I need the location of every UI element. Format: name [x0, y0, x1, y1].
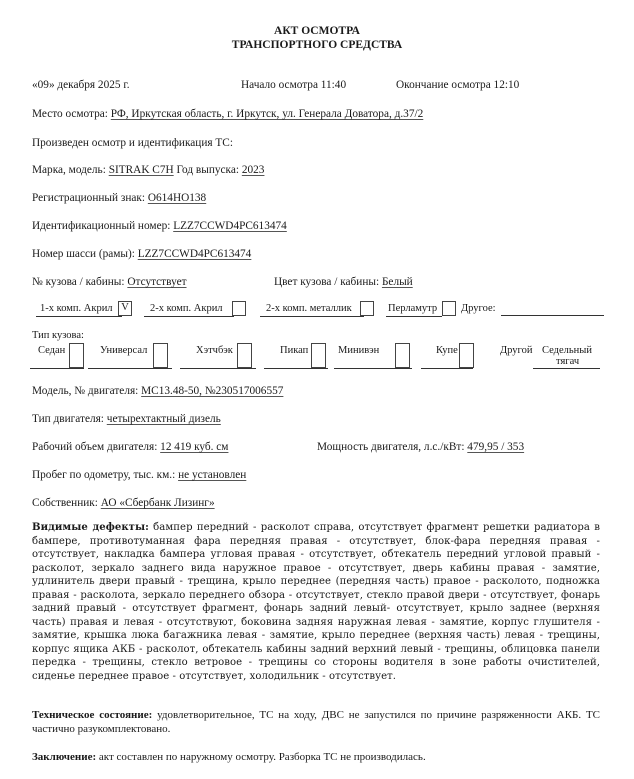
- body-type-sedan-label: Седан: [38, 345, 65, 357]
- body-color-row: Цвет кузова / кабины: Белый: [274, 276, 413, 288]
- body-type-other-value-line2: тягач: [556, 356, 579, 368]
- mileage-value: не установлен: [178, 469, 246, 481]
- engine-model-value: MC13.48-50, №230517006557: [141, 385, 283, 397]
- body-type-line-wagon: [88, 368, 172, 369]
- inspection-end-time: Окончание осмотра 12:10: [396, 79, 519, 91]
- vin-label: Идентификационный номер:: [32, 220, 173, 232]
- body-type-line-other: [533, 368, 600, 369]
- chassis-label: Номер шасси (рамы):: [32, 248, 138, 260]
- body-number-value: Отсутствует: [127, 276, 186, 288]
- paint-other-field[interactable]: [501, 315, 604, 316]
- body-type-line-coupe: [421, 368, 473, 369]
- paint-checkbox-2k-metallic[interactable]: [360, 301, 374, 316]
- body-type-checkbox-pickup[interactable]: [311, 343, 326, 368]
- body-type-line-minivan: [334, 368, 412, 369]
- body-type-other-label: Другой: [500, 345, 532, 357]
- make-value: SITRAK C7H: [109, 164, 174, 176]
- body-type-wagon-label: Универсал: [100, 345, 147, 357]
- registration-row: Регистрационный знак: О614НО138: [32, 192, 206, 204]
- paint-option-2k-acrylic: 2-х комп. Акрил: [144, 302, 234, 317]
- body-number-label: № кузова / кабины:: [32, 276, 127, 288]
- mileage-row: Пробег по одометру, тыс. км.: не установ…: [32, 469, 246, 481]
- body-color-label: Цвет кузова / кабины:: [274, 276, 382, 288]
- vin-row: Идентификационный номер: LZZ7CCWD4PC6134…: [32, 220, 287, 232]
- body-type-line-pickup: [264, 368, 328, 369]
- body-type-hatchback-label: Хэтчбэк: [196, 345, 233, 357]
- body-type-minivan-label: Минивэн: [338, 345, 379, 357]
- registration-value: О614НО138: [148, 192, 206, 204]
- body-type-label: Тип кузова:: [32, 330, 84, 341]
- body-type-pickup-label: Пикап: [280, 345, 308, 357]
- chassis-value: LZZ7CCWD4PC613474: [138, 248, 252, 260]
- body-type-checkbox-hatchback[interactable]: [237, 343, 252, 368]
- visible-defects-label: Видимые дефекты:: [32, 522, 149, 533]
- make-model-row: Марка, модель: SITRAK C7H Год выпуска: 2…: [32, 164, 264, 176]
- inspection-location: Место осмотра: РФ, Иркутская область, г.…: [32, 108, 423, 120]
- engine-power-value: 479,95 / 353: [467, 441, 524, 453]
- body-color-value: Белый: [382, 276, 413, 288]
- body-type-line-hatchback: [180, 368, 256, 369]
- year-label: Год выпуска:: [174, 164, 242, 176]
- paint-checkbox-1k-acrylic[interactable]: V: [118, 301, 132, 316]
- engine-power-label: Мощность двигателя, л.с./кВт:: [317, 441, 467, 453]
- engine-type-label: Тип двигателя:: [32, 413, 107, 425]
- mileage-label: Пробег по одометру, тыс. км.:: [32, 469, 178, 481]
- make-label: Марка, модель:: [32, 164, 109, 176]
- location-label: Место осмотра:: [32, 108, 111, 120]
- document-title-line2: ТРАНСПОРТНОГО СРЕДСТВА: [0, 38, 634, 52]
- paint-option-pearl: Перламутр: [386, 302, 442, 317]
- body-number-row: № кузова / кабины: Отсутствует: [32, 276, 187, 288]
- engine-power-row: Мощность двигателя, л.с./кВт: 479,95 / 3…: [317, 441, 524, 453]
- location-value: РФ, Иркутская область, г. Иркутск, ул. Г…: [111, 108, 424, 120]
- registration-label: Регистрационный знак:: [32, 192, 148, 204]
- engine-model-row: Модель, № двигателя: MC13.48-50, №230517…: [32, 385, 283, 397]
- engine-volume-value: 12 419 куб. см: [160, 441, 228, 453]
- inspection-start-time: Начало осмотра 11:40: [241, 79, 346, 91]
- chassis-row: Номер шасси (рамы): LZZ7CCWD4PC613474: [32, 248, 251, 260]
- body-type-coupe-label: Купе: [436, 345, 458, 357]
- body-type-checkbox-sedan[interactable]: [69, 343, 84, 368]
- conclusion-text: акт составлен по наружному осмотру. Разб…: [96, 751, 426, 763]
- technical-state-paragraph: Техническое состояние: удовлетворительно…: [32, 709, 600, 736]
- engine-type-row: Тип двигателя: четырехтактный дизель: [32, 413, 221, 425]
- conclusion-paragraph: Заключение: акт составлен по наружному о…: [32, 751, 600, 765]
- inspection-date: «09» декабря 2025 г.: [32, 79, 130, 91]
- paint-option-1k-acrylic: 1-х комп. Акрил: [36, 302, 122, 317]
- body-type-checkbox-wagon[interactable]: [153, 343, 168, 368]
- owner-label: Собственник:: [32, 497, 101, 509]
- visible-defects-text: бампер передний - расколот справа, отсут…: [32, 522, 600, 682]
- engine-type-value: четырехтактный дизель: [107, 413, 221, 425]
- paint-option-2k-metallic: 2-х комп. металлик: [260, 302, 364, 317]
- body-type-checkbox-coupe[interactable]: [459, 343, 474, 368]
- document-title-line1: АКТ ОСМОТРА: [0, 24, 634, 38]
- engine-volume-label: Рабочий объем двигателя:: [32, 441, 160, 453]
- engine-volume-row: Рабочий объем двигателя: 12 419 куб. см: [32, 441, 228, 453]
- owner-row: Собственник: АО «Сбербанк Лизинг»: [32, 497, 215, 509]
- paint-checkbox-pearl[interactable]: [442, 301, 456, 316]
- year-value: 2023: [242, 164, 265, 176]
- owner-value: АО «Сбербанк Лизинг»: [101, 497, 215, 509]
- technical-state-label: Техническое состояние:: [32, 709, 152, 721]
- identification-heading: Произведен осмотр и идентификация ТС:: [32, 137, 233, 149]
- body-type-line-sedan: [30, 368, 84, 369]
- body-type-checkbox-minivan[interactable]: [395, 343, 410, 368]
- visible-defects-paragraph: Видимые дефекты: бампер передний - раско…: [32, 521, 600, 684]
- vin-value: LZZ7CCWD4PC613474: [173, 220, 287, 232]
- conclusion-label: Заключение:: [32, 751, 96, 763]
- paint-checkbox-2k-acrylic[interactable]: [232, 301, 246, 316]
- paint-other-label: Другое:: [461, 302, 496, 316]
- engine-model-label: Модель, № двигателя:: [32, 385, 141, 397]
